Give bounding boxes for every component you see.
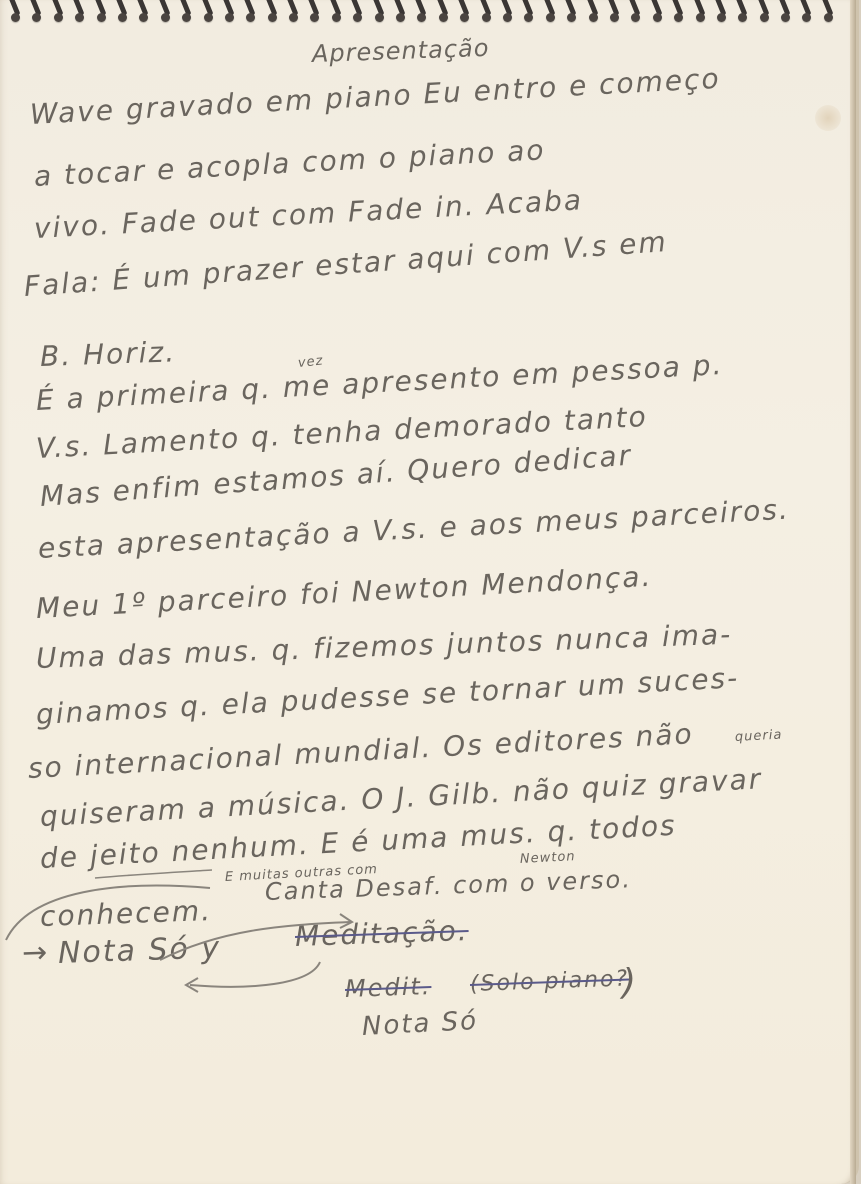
spiral-coil [477,0,498,26]
spiral-coil [220,0,241,26]
nota-so-final: Nota Só [361,1006,479,1042]
text-line-1: Wave gravado em piano Eu entro e começo [29,62,721,131]
spiral-coil [391,0,412,26]
spiral-coil [626,0,647,26]
spiral-coil [305,0,326,26]
spiral-coil [712,0,733,26]
spiral-coil [498,0,519,26]
spiral-coil [241,0,262,26]
text-line-10: Meu 1º parceiro foi Newton Mendonça. [35,560,653,625]
spiral-coil [370,0,391,26]
spiral-coil [177,0,198,26]
text-line-16: conhecem. [39,894,212,933]
spiral-coil [434,0,455,26]
spiral-coil [519,0,540,26]
spiral-coil [412,0,433,26]
spiral-coil [92,0,113,26]
spiral-coil [6,0,27,26]
spiral-coil [776,0,797,26]
medit-struck: Medit. [345,972,432,1003]
spiral-coil [199,0,220,26]
spiral-coil [70,0,91,26]
spiral-coil [691,0,712,26]
text-line-5: B. Horiz. [39,335,176,373]
spiral-coil [648,0,669,26]
spiral-coil [134,0,155,26]
spiral-coil [156,0,177,26]
spiral-coil [263,0,284,26]
page-edge [850,0,856,1184]
spiral-coil [819,0,840,26]
spiral-coil [327,0,348,26]
spiral-coil [455,0,476,26]
insertion-queria: queria [735,728,783,745]
spiral-coil [562,0,583,26]
nota-so-y: Nota Só y [57,930,221,971]
spiral-coil [605,0,626,26]
spiral-coil [733,0,754,26]
spiral-coil [669,0,690,26]
insertion-newton: Newton [520,849,576,867]
spiral-coil [541,0,562,26]
spiral-coil [797,0,818,26]
spiral-coil [49,0,70,26]
page-title: Apresentação [312,34,490,68]
spiral-coil [284,0,305,26]
meditacao-struck: Meditação. [294,914,469,953]
notebook-page: Apresentação Wave gravado em piano Eu en… [0,0,859,1184]
spiral-coil [584,0,605,26]
spiral-coil [113,0,134,26]
spiral-coil [755,0,776,26]
solo-piano-struck: (Solo piano? [470,966,630,997]
paper-stain [815,105,841,131]
spiral-coil [348,0,369,26]
arrow-prefix: → [21,935,49,971]
text-line-2: a tocar e acopla com o piano ao [33,133,546,193]
spiral-coil [27,0,48,26]
spiral-binding [0,0,861,28]
close-paren: ) [622,962,638,1003]
